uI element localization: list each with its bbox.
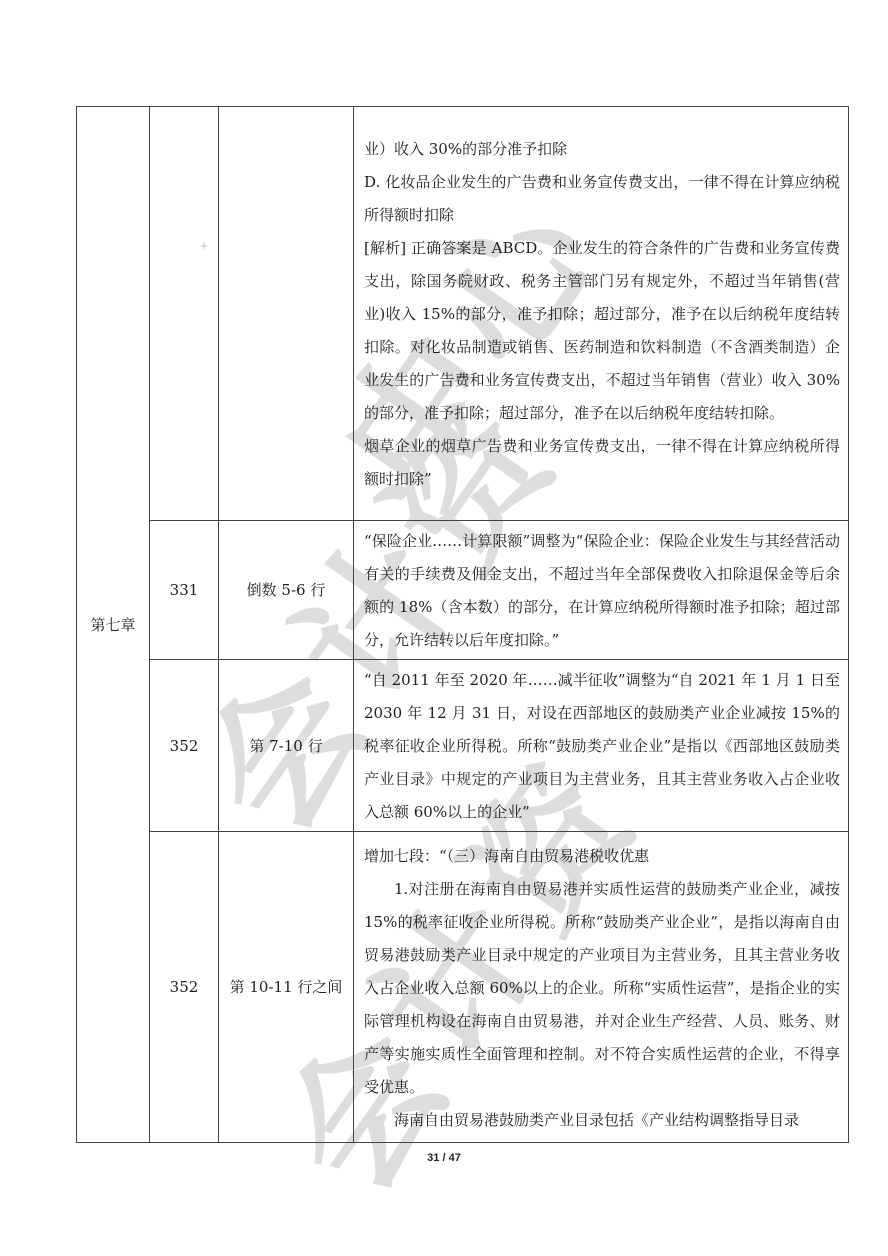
paragraph: [解析] 正确答案是 ABCD。企业发生的符合条件的广告费和业务宣传费支出，除国… (364, 232, 840, 430)
content-cell: “自 2011 年至 2020 年……减半征收”调整为“自 2021 年 1 月… (354, 660, 849, 832)
page-cell: 352 (150, 660, 219, 832)
content-cell: 业）收入 30%的部分准予扣除 D. 化妆品企业发生的广告费和业务宣传费支出，一… (354, 107, 849, 521)
plus-mark-icon: + (200, 241, 208, 252)
table-row: 352 第 10-11 行之间 增加七段：“（三）海南自由贸易港税收优惠 1.对… (77, 832, 849, 1143)
line-cell (219, 107, 354, 521)
page-cell: 352 (150, 832, 219, 1143)
page-cell: + (150, 107, 219, 521)
line-cell: 第 7-10 行 (219, 660, 354, 832)
line-cell: 第 10-11 行之间 (219, 832, 354, 1143)
line-cell: 倒数 5-6 行 (219, 521, 354, 660)
chapter-label: 第七章 (90, 616, 135, 634)
errata-table: 第七章 + 业）收入 30%的部分准予扣除 D. 化妆品企业发生的广告费和业务宣… (76, 106, 849, 1143)
paragraph: “自 2011 年至 2020 年……减半征收”调整为“自 2021 年 1 月… (364, 664, 840, 829)
table-row: 第七章 + 业）收入 30%的部分准予扣除 D. 化妆品企业发生的广告费和业务宣… (77, 107, 849, 521)
paragraph: 海南自由贸易港鼓励类产业目录包括《产业结构调整指导目录 (364, 1104, 840, 1137)
table-row: 331 倒数 5-6 行 “保险企业……计算限额”调整为“保险企业：保险企业发生… (77, 521, 849, 660)
page-cell: 331 (150, 521, 219, 660)
paragraph: 业）收入 30%的部分准予扣除 (364, 133, 840, 166)
paragraph: 1.对注册在海南自由贸易港并实质性运营的鼓励类产业企业，减按 15%的税率征收企… (364, 873, 840, 1104)
page-indicator: 31 / 47 (0, 1152, 888, 1164)
content-cell: “保险企业……计算限额”调整为“保险企业：保险企业发生与其经营活动有关的手续费及… (354, 521, 849, 660)
table-row: 352 第 7-10 行 “自 2011 年至 2020 年……减半征收”调整为… (77, 660, 849, 832)
paragraph: 烟草企业的烟草广告费和业务宣传费支出，一律不得在计算应纳税所得额时扣除” (364, 430, 840, 496)
paragraph: “保险企业……计算限额”调整为“保险企业：保险企业发生与其经营活动有关的手续费及… (364, 525, 840, 657)
paragraph: 增加七段：“（三）海南自由贸易港税收优惠 (364, 840, 840, 873)
chapter-cell: 第七章 (77, 107, 150, 1143)
paragraph: D. 化妆品企业发生的广告费和业务宣传费支出，一律不得在计算应纳税所得额时扣除 (364, 166, 840, 232)
content-cell: 增加七段：“（三）海南自由贸易港税收优惠 1.对注册在海南自由贸易港并实质性运营… (354, 832, 849, 1143)
